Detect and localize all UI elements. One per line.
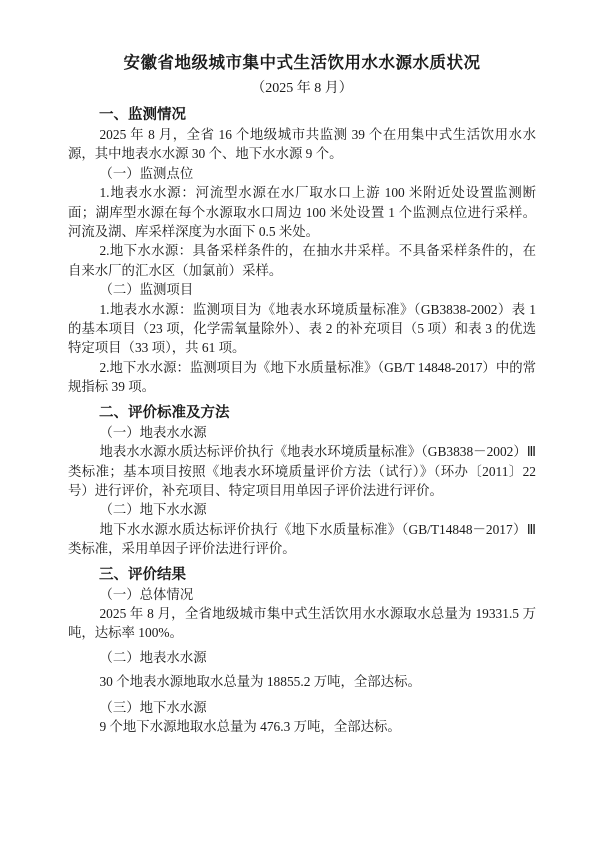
paragraph-overall-result: 2025 年 8 月，全省地级城市集中式生活饮用水水源取水总量为 19331.5… bbox=[68, 604, 536, 643]
paragraph-surface-water-points: 1.地表水水源：河流型水源在水厂取水口上游 100 米附近处设置监测断面；湖库型… bbox=[68, 183, 536, 241]
paragraph-ground-water-items: 2.地下水水源：监测项目为《地下水质量标准》（GB/T 14848-2017）中… bbox=[68, 358, 536, 397]
paragraph-monitoring-overview: 2025 年 8 月，全省 16 个地级城市共监测 39 个在用集中式生活饮用水… bbox=[68, 125, 536, 164]
paragraph-ground-result: 9 个地下水源地取水总量为 476.3 万吨，全部达标。 bbox=[68, 717, 536, 736]
paragraph-surface-standard: 地表水水源水质达标评价执行《地表水环境质量标准》（GB3838－2002）Ⅲ类标… bbox=[68, 442, 536, 500]
section-heading-monitoring: 一、监测情况 bbox=[68, 106, 536, 125]
document-page: 安徽省地级城市集中式生活饮用水水源水质状况 （2025 年 8 月） 一、监测情… bbox=[0, 0, 600, 848]
subsection-heading-overall: （一）总体情况 bbox=[68, 585, 536, 604]
section-heading-standards: 二、评价标准及方法 bbox=[68, 404, 536, 423]
paragraph-surface-water-items: 1.地表水水源：监测项目为《地表水环境质量标准》（GB3838-2002）表 1… bbox=[68, 300, 536, 358]
subsection-heading-ground-standard: （二）地下水水源 bbox=[68, 500, 536, 519]
doc-title: 安徽省地级城市集中式生活饮用水水源水质状况 bbox=[68, 52, 536, 75]
subsection-heading-monitoring-items: （二）监测项目 bbox=[68, 280, 536, 299]
paragraph-ground-water-points: 2.地下水水源：具备采样条件的，在抽水井采样。不具备采样条件的，在自来水厂的汇水… bbox=[68, 241, 536, 280]
section-heading-results: 三、评价结果 bbox=[68, 566, 536, 585]
subsection-heading-surface-standard: （一）地表水水源 bbox=[68, 423, 536, 442]
subsection-heading-monitoring-points: （一）监测点位 bbox=[68, 164, 536, 183]
paragraph-ground-standard: 地下水水源水质达标评价执行《地下水质量标准》（GB/T14848－2017）Ⅲ类… bbox=[68, 520, 536, 559]
doc-subtitle: （2025 年 8 月） bbox=[68, 79, 536, 98]
paragraph-surface-result: 30 个地表水源地取水总量为 18855.2 万吨，全部达标。 bbox=[68, 672, 536, 691]
subsection-heading-ground-result: （三）地下水水源 bbox=[68, 698, 536, 717]
subsection-heading-surface-result: （二）地表水水源 bbox=[68, 648, 536, 667]
